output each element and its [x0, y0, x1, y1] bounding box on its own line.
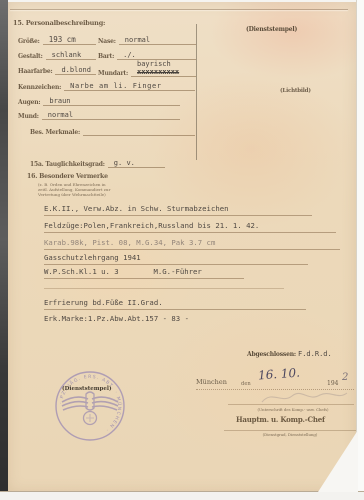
signature-note: (Unterschrift des Komp.- usw. Chefs)	[228, 407, 358, 412]
entry-qualifications: W.P.Sch.Kl.1 u. 3 M.G.-Führer	[44, 267, 244, 279]
field-groesse-value: 193 cm	[43, 36, 96, 45]
scan-background-left	[0, 0, 8, 500]
field-mundart-label: Mundart:	[98, 70, 128, 77]
field-groesse: Größe: 193 cm	[18, 36, 96, 45]
entry-qualifications-mg: M.G.-Führer	[154, 267, 202, 276]
scan-background-right	[356, 0, 364, 500]
rank-line: Hauptm. u. Komp.-Chef	[236, 415, 325, 424]
section-15-heading: 15. Personalbeschreibung:	[13, 19, 105, 27]
section-16-note: (z. B. Orden und Ehrenzeichen in zeitl. …	[38, 182, 110, 197]
dienststempel-placeholder-bottom: (Dienststempel)	[62, 386, 112, 392]
field-augen-value: braun	[43, 97, 180, 106]
field-mundart-value: bayrisch	[137, 60, 196, 68]
field-kennzeichen-label: Kennzeichen:	[18, 84, 61, 91]
empty-form-line	[44, 282, 284, 289]
field-bes-merkmale: Bes. Merkmale:	[30, 129, 195, 136]
field-nase-value: normal	[119, 36, 196, 45]
field-nase-label: Nase:	[98, 38, 116, 45]
unit-stamp: · PZ. JÄG. ERS. ABT. · MÜNCHEN ·	[50, 366, 130, 446]
field-gestalt-value: schlank	[46, 51, 96, 60]
field-tauglichkeitsgrad-label: 15a. Tauglichkeitsgrad:	[30, 161, 105, 168]
entry-qualifications-class: W.P.Sch.Kl.1 u. 3	[44, 267, 119, 276]
rank-line-rule	[224, 424, 356, 431]
signature-line	[228, 398, 354, 405]
fold-crease	[10, 9, 348, 10]
entry-campaigns: Feldzüge:Polen,Frankreich,Russland bis 2…	[44, 221, 336, 233]
date-handwritten: 16. 10.	[258, 366, 301, 383]
field-mund: Mund: normal	[18, 111, 180, 120]
field-tauglichkeitsgrad: 15a. Tauglichkeitsgrad: g. v.	[30, 159, 165, 168]
entry-weapons: Karab.98k, Pist. 08, M.G.34, Pak 3.7 cm	[44, 238, 340, 250]
field-bes-merkmale-label: Bes. Merkmale:	[30, 129, 80, 136]
lichtbild-placeholder: (Lichtbild)	[280, 88, 311, 94]
field-augen: Augen: braun	[18, 97, 180, 106]
field-tauglichkeitsgrad-value: g. v.	[108, 159, 165, 168]
scanned-document-page: 15. Personalbeschreibung: (Dienststempel…	[0, 0, 364, 500]
column-divider	[196, 24, 197, 160]
field-haarfarbe-label: Haarfarbe:	[18, 68, 52, 75]
abgeschlossen-label: Abgeschlossen:	[247, 351, 296, 358]
stamp-eagle-icon	[62, 392, 118, 425]
field-haarfarbe: Haarfarbe: d.blond	[18, 66, 96, 75]
section-16-heading: 16. Besondere Vermerke	[27, 173, 108, 180]
entry-awards: E.K.II., Verw.Abz. in Schw. Sturmabzeich…	[44, 204, 312, 216]
field-mundart-struck-value: xxxxxxxxxx	[137, 68, 196, 76]
abgeschlossen-value: F.d.R.d.	[298, 350, 332, 358]
field-kennzeichen: Kennzeichen: Narbe am li. Finger	[18, 82, 195, 91]
entry-frostbite: Erfrierung bd.Füße II.Grad.	[44, 298, 306, 310]
field-gestalt: Gestalt: schlank	[18, 51, 96, 60]
section-16-note-line3: Vertretung über Wehrmachtteile)	[38, 192, 110, 197]
field-gestalt-label: Gestalt:	[18, 53, 43, 60]
field-mund-value: normal	[42, 111, 180, 120]
field-groesse-label: Größe:	[18, 38, 40, 45]
field-bes-merkmale-value	[83, 135, 195, 136]
field-nase: Nase: normal	[98, 36, 196, 45]
field-haarfarbe-value: d.blond	[55, 66, 96, 75]
field-kennzeichen-value: Narbe am li. Finger	[64, 82, 195, 91]
entry-gas-course: Gasschutzlehrgang 1941	[44, 253, 308, 265]
field-mund-label: Mund:	[18, 113, 39, 120]
scan-background-bottom	[0, 491, 364, 500]
entry-id-tag: Erk.Marke:1.Pz.Abw.Abt.157 - 83 -	[44, 314, 294, 325]
field-augen-label: Augen:	[18, 99, 40, 106]
rank-note: (Dienstgrad, Dienststellung)	[224, 432, 356, 437]
field-mundart: Mundart: bayrisch xxxxxxxxxx	[98, 59, 196, 77]
dienststempel-placeholder-top: (Dienststempel)	[246, 26, 297, 33]
